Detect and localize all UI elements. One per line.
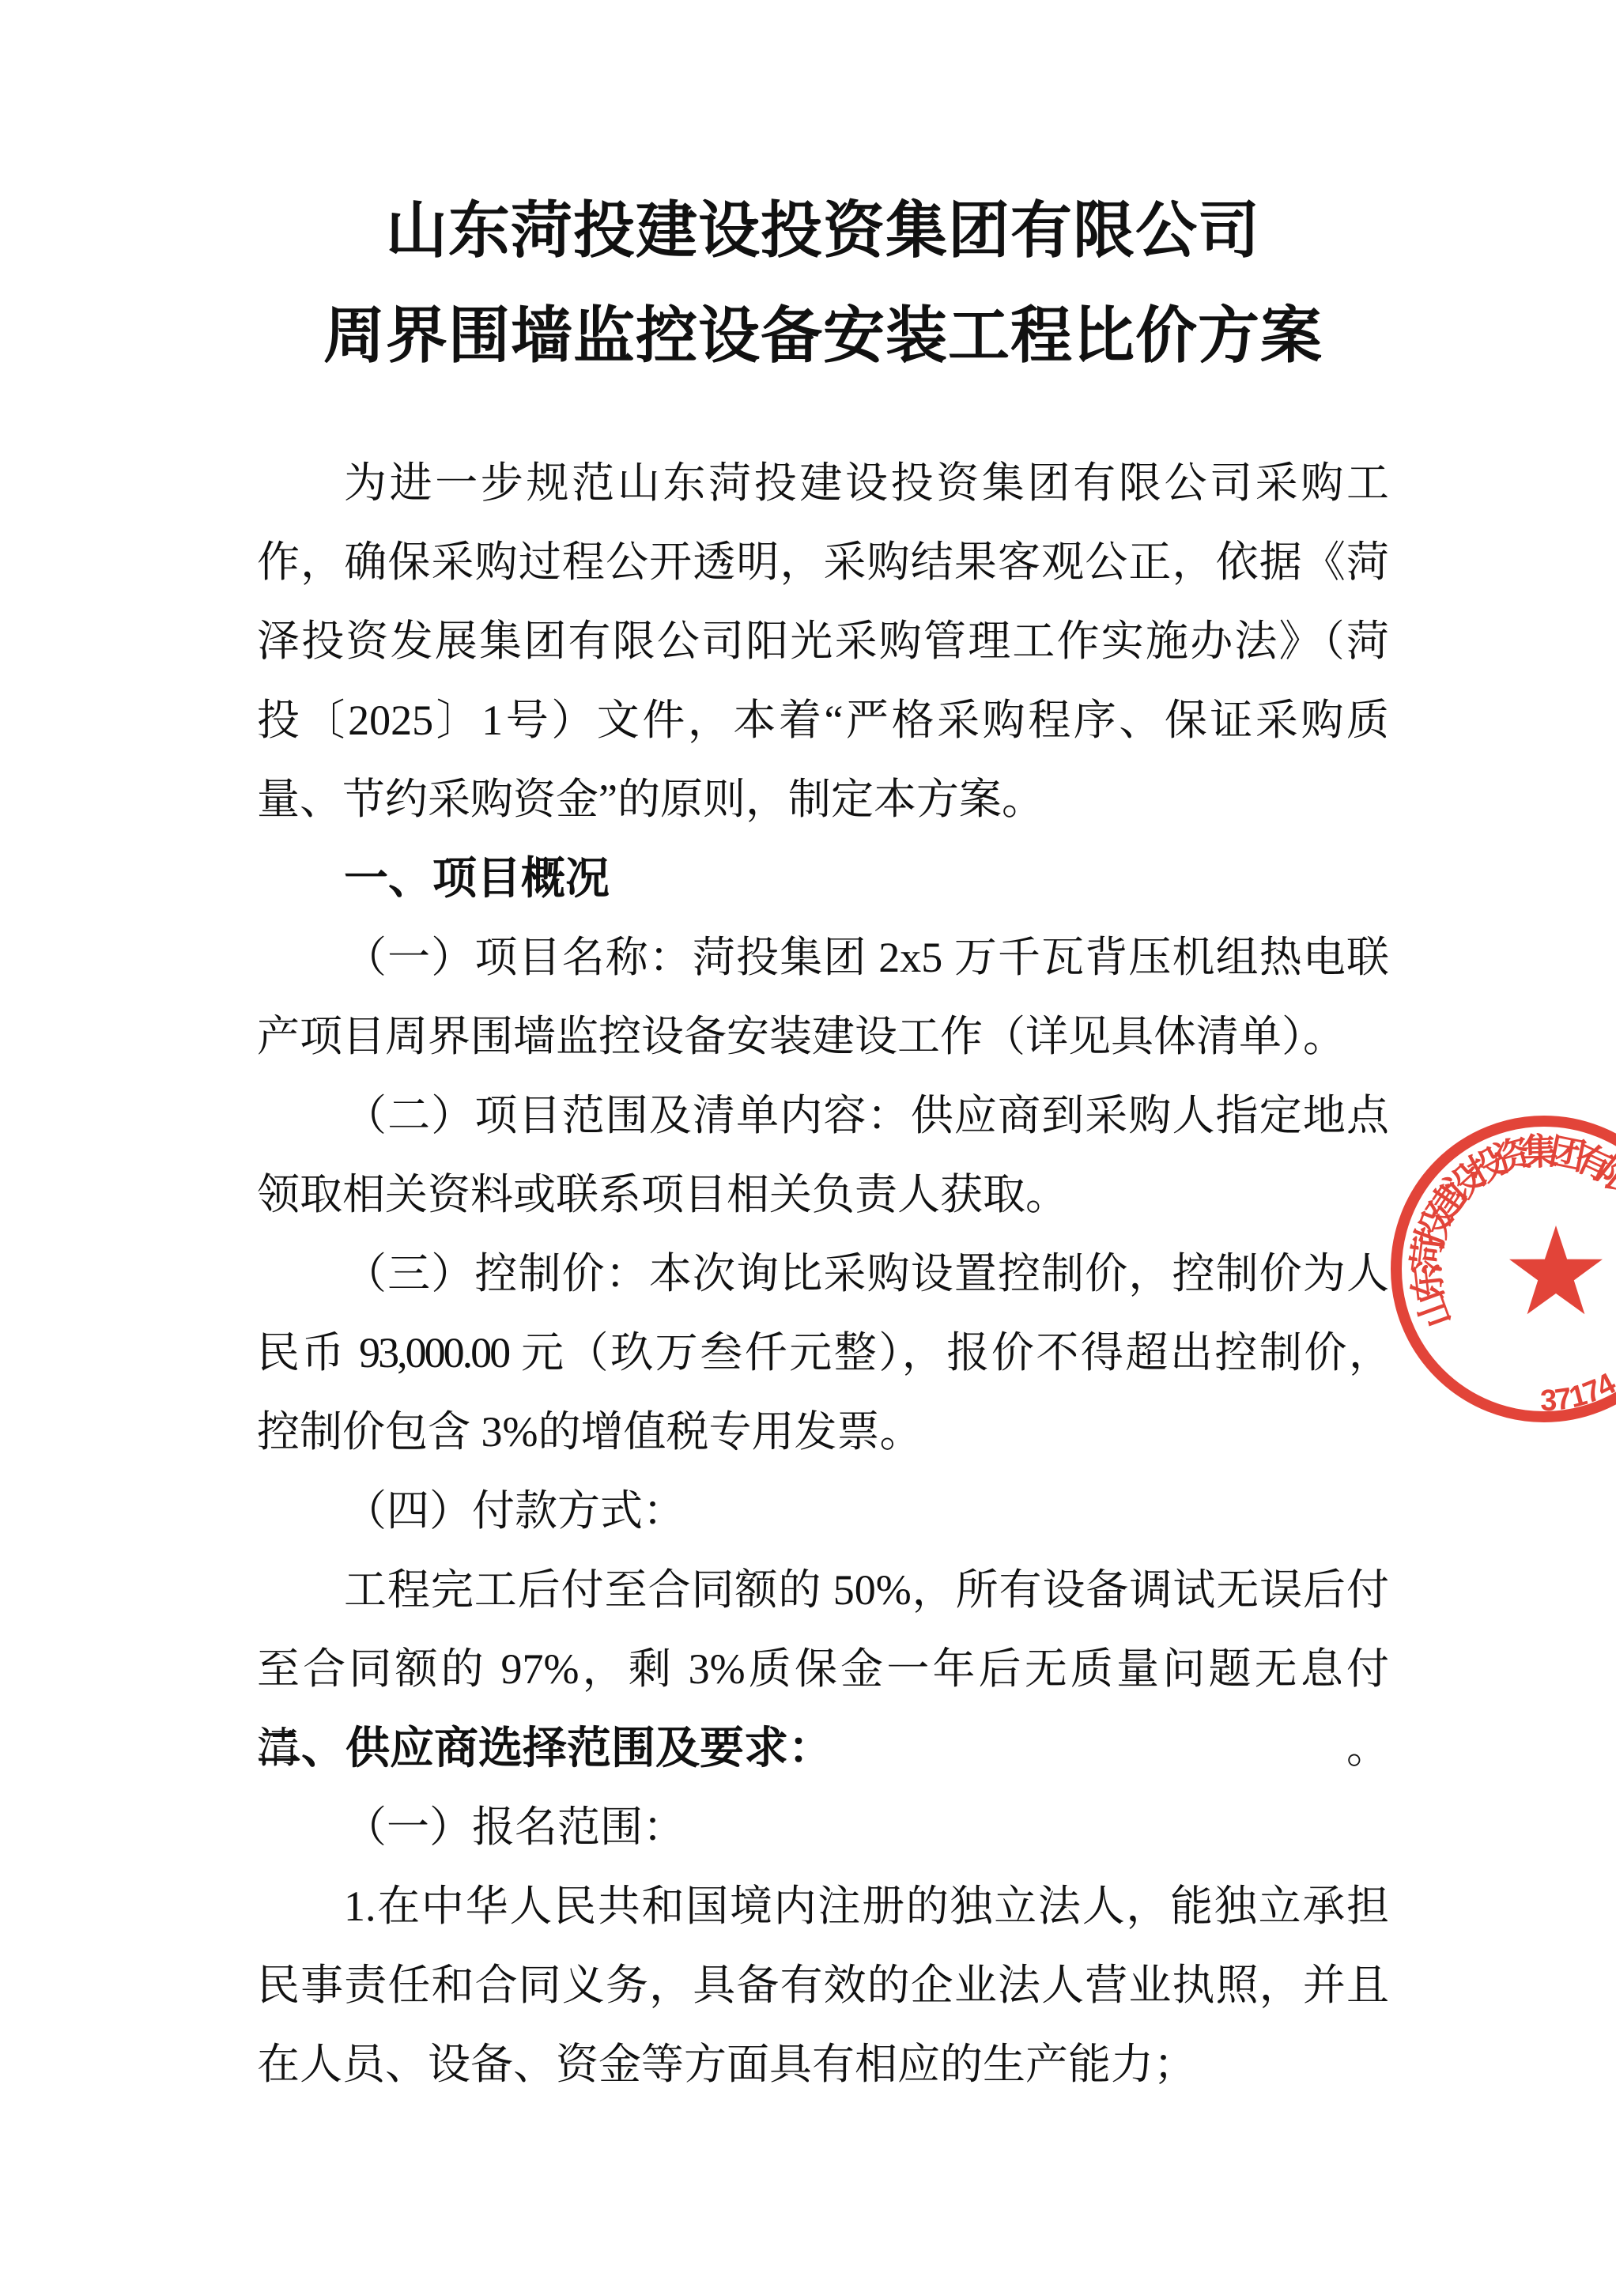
- doc-line: （一）项目名称：菏投集团 2x5 万千瓦背压机组热电联: [257, 918, 1389, 997]
- doc-line: 工程完工后付至合同额的 50%，所有设备调试无误后付: [257, 1550, 1389, 1629]
- company-seal: 山东菏投建设投资集团有限公司 37174: [1390, 1115, 1616, 1423]
- doc-line: （一）报名范围：: [257, 1788, 1389, 1867]
- doc-line: 作，确保采购过程公开透明，采购结果客观公正，依据《菏: [257, 523, 1389, 602]
- seal-code: 37174: [1540, 1367, 1616, 1418]
- doc-line: 投〔2025〕1号）文件，本着“严格采购程序、保证采购质: [257, 681, 1389, 760]
- doc-line: 民事责任和合同义务，具备有效的企业法人营业执照，并且: [257, 1946, 1389, 2025]
- document-body: 为进一步规范山东菏投建设投资集团有限公司采购工作，确保采购过程公开透明，采购结果…: [257, 444, 1389, 2104]
- doc-line: 控制价包含 3%的增值税专用发票。: [257, 1392, 1389, 1471]
- seal-star-icon: [1509, 1225, 1603, 1314]
- doc-line: 民币 93,000.00 元（玖万叁仟元整），报价不得超出控制价，: [257, 1313, 1389, 1392]
- doc-line: 一、项目概况: [257, 839, 1389, 918]
- doc-line: 在人员、设备、资金等方面具有相应的生产能力；: [257, 2025, 1389, 2104]
- doc-line: （三）控制价：本次询比采购设置控制价，控制价为人: [257, 1234, 1389, 1313]
- document-page: 山东菏投建设投资集团有限公司 周界围墙监控设备安装工程比价方案 为进一步规范山东…: [0, 0, 1616, 2296]
- doc-line: 产项目周界围墙监控设备安装建设工作（详见具体清单）。: [257, 997, 1389, 1076]
- document-title: 山东菏投建设投资集团有限公司 周界围墙监控设备安装工程比价方案: [257, 178, 1389, 388]
- doc-line: 领取相关资料或联系项目相关负责人获取。: [257, 1155, 1389, 1234]
- doc-line: 1.在中华人民共和国境内注册的独立法人，能独立承担: [257, 1867, 1389, 1946]
- doc-line: （四）付款方式：: [257, 1471, 1389, 1550]
- title-line-1: 山东菏投建设投资集团有限公司: [257, 178, 1389, 283]
- doc-line: （二）项目范围及清单内容：供应商到采购人指定地点: [257, 1076, 1389, 1155]
- doc-line: 为进一步规范山东菏投建设投资集团有限公司采购工: [257, 444, 1389, 523]
- doc-line: 泽投资发展集团有限公司阳光采购管理工作实施办法》（菏: [257, 602, 1389, 681]
- title-line-2: 周界围墙监控设备安装工程比价方案: [257, 283, 1389, 388]
- doc-line: 量、节约采购资金”的原则，制定本方案。: [257, 760, 1389, 839]
- doc-line: 至合同额的 97%，剩 3%质保金一年后无质量问题无息付清。: [257, 1629, 1389, 1709]
